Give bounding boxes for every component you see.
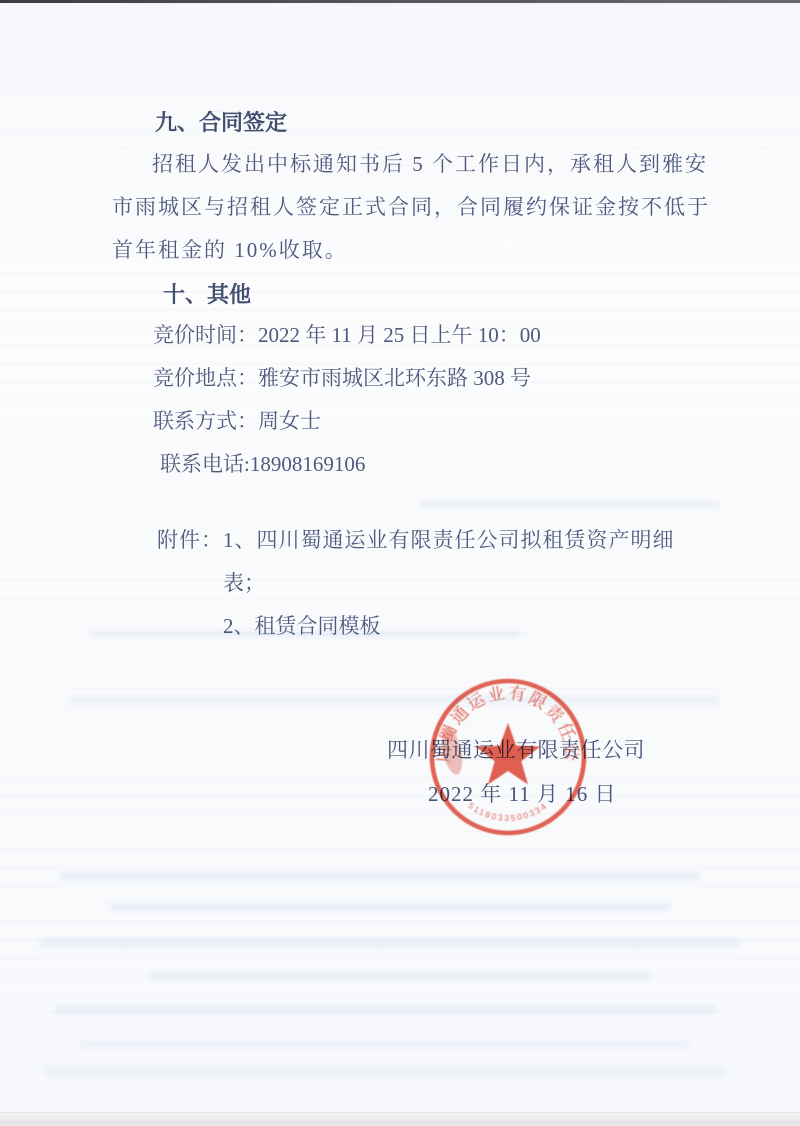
attachment-line-1: 附件：1、四川蜀通运业有限责任公司拟租赁资产明细 bbox=[157, 528, 675, 553]
attachment-line-2: 表； bbox=[223, 571, 265, 596]
section-9-paragraph-line-3: 首年租金的 10%收取。 bbox=[112, 238, 348, 263]
contact-phone-line: 联系电话:18908169106 bbox=[160, 452, 365, 477]
bid-place-line: 竞价地点：雅安市雨城区北环东路 308 号 bbox=[153, 366, 531, 391]
seal-number: 5118033500334 bbox=[466, 800, 549, 823]
section-9-paragraph-line-2: 市雨城区与招租人签定正式合同，合同履约保证金按不低于 bbox=[112, 195, 710, 220]
svg-text:5118033500334: 5118033500334 bbox=[466, 800, 549, 823]
scan-edge-top bbox=[0, 0, 800, 3]
attachment-line-3: 2、租赁合同模板 bbox=[223, 614, 381, 639]
contact-person-line: 联系方式：周女士 bbox=[153, 409, 321, 434]
document-page: 九、合同签定 招租人发出中标通知书后 5 个工作日内，承租人到雅安 市雨城区与招… bbox=[0, 0, 800, 1126]
section-9-paragraph-line-1: 招租人发出中标通知书后 5 个工作日内，承租人到雅安 bbox=[152, 152, 708, 177]
seal-star bbox=[476, 723, 541, 785]
company-seal: 四川蜀通运业有限责任公司 5118033500334 bbox=[422, 671, 594, 843]
scan-edge-bottom bbox=[0, 1112, 800, 1126]
section-9-heading: 九、合同签定 bbox=[155, 110, 287, 136]
section-10-heading: 十、其他 bbox=[163, 282, 251, 308]
bid-time-line: 竞价时间：2022 年 11 月 25 日上午 10：00 bbox=[153, 323, 541, 348]
